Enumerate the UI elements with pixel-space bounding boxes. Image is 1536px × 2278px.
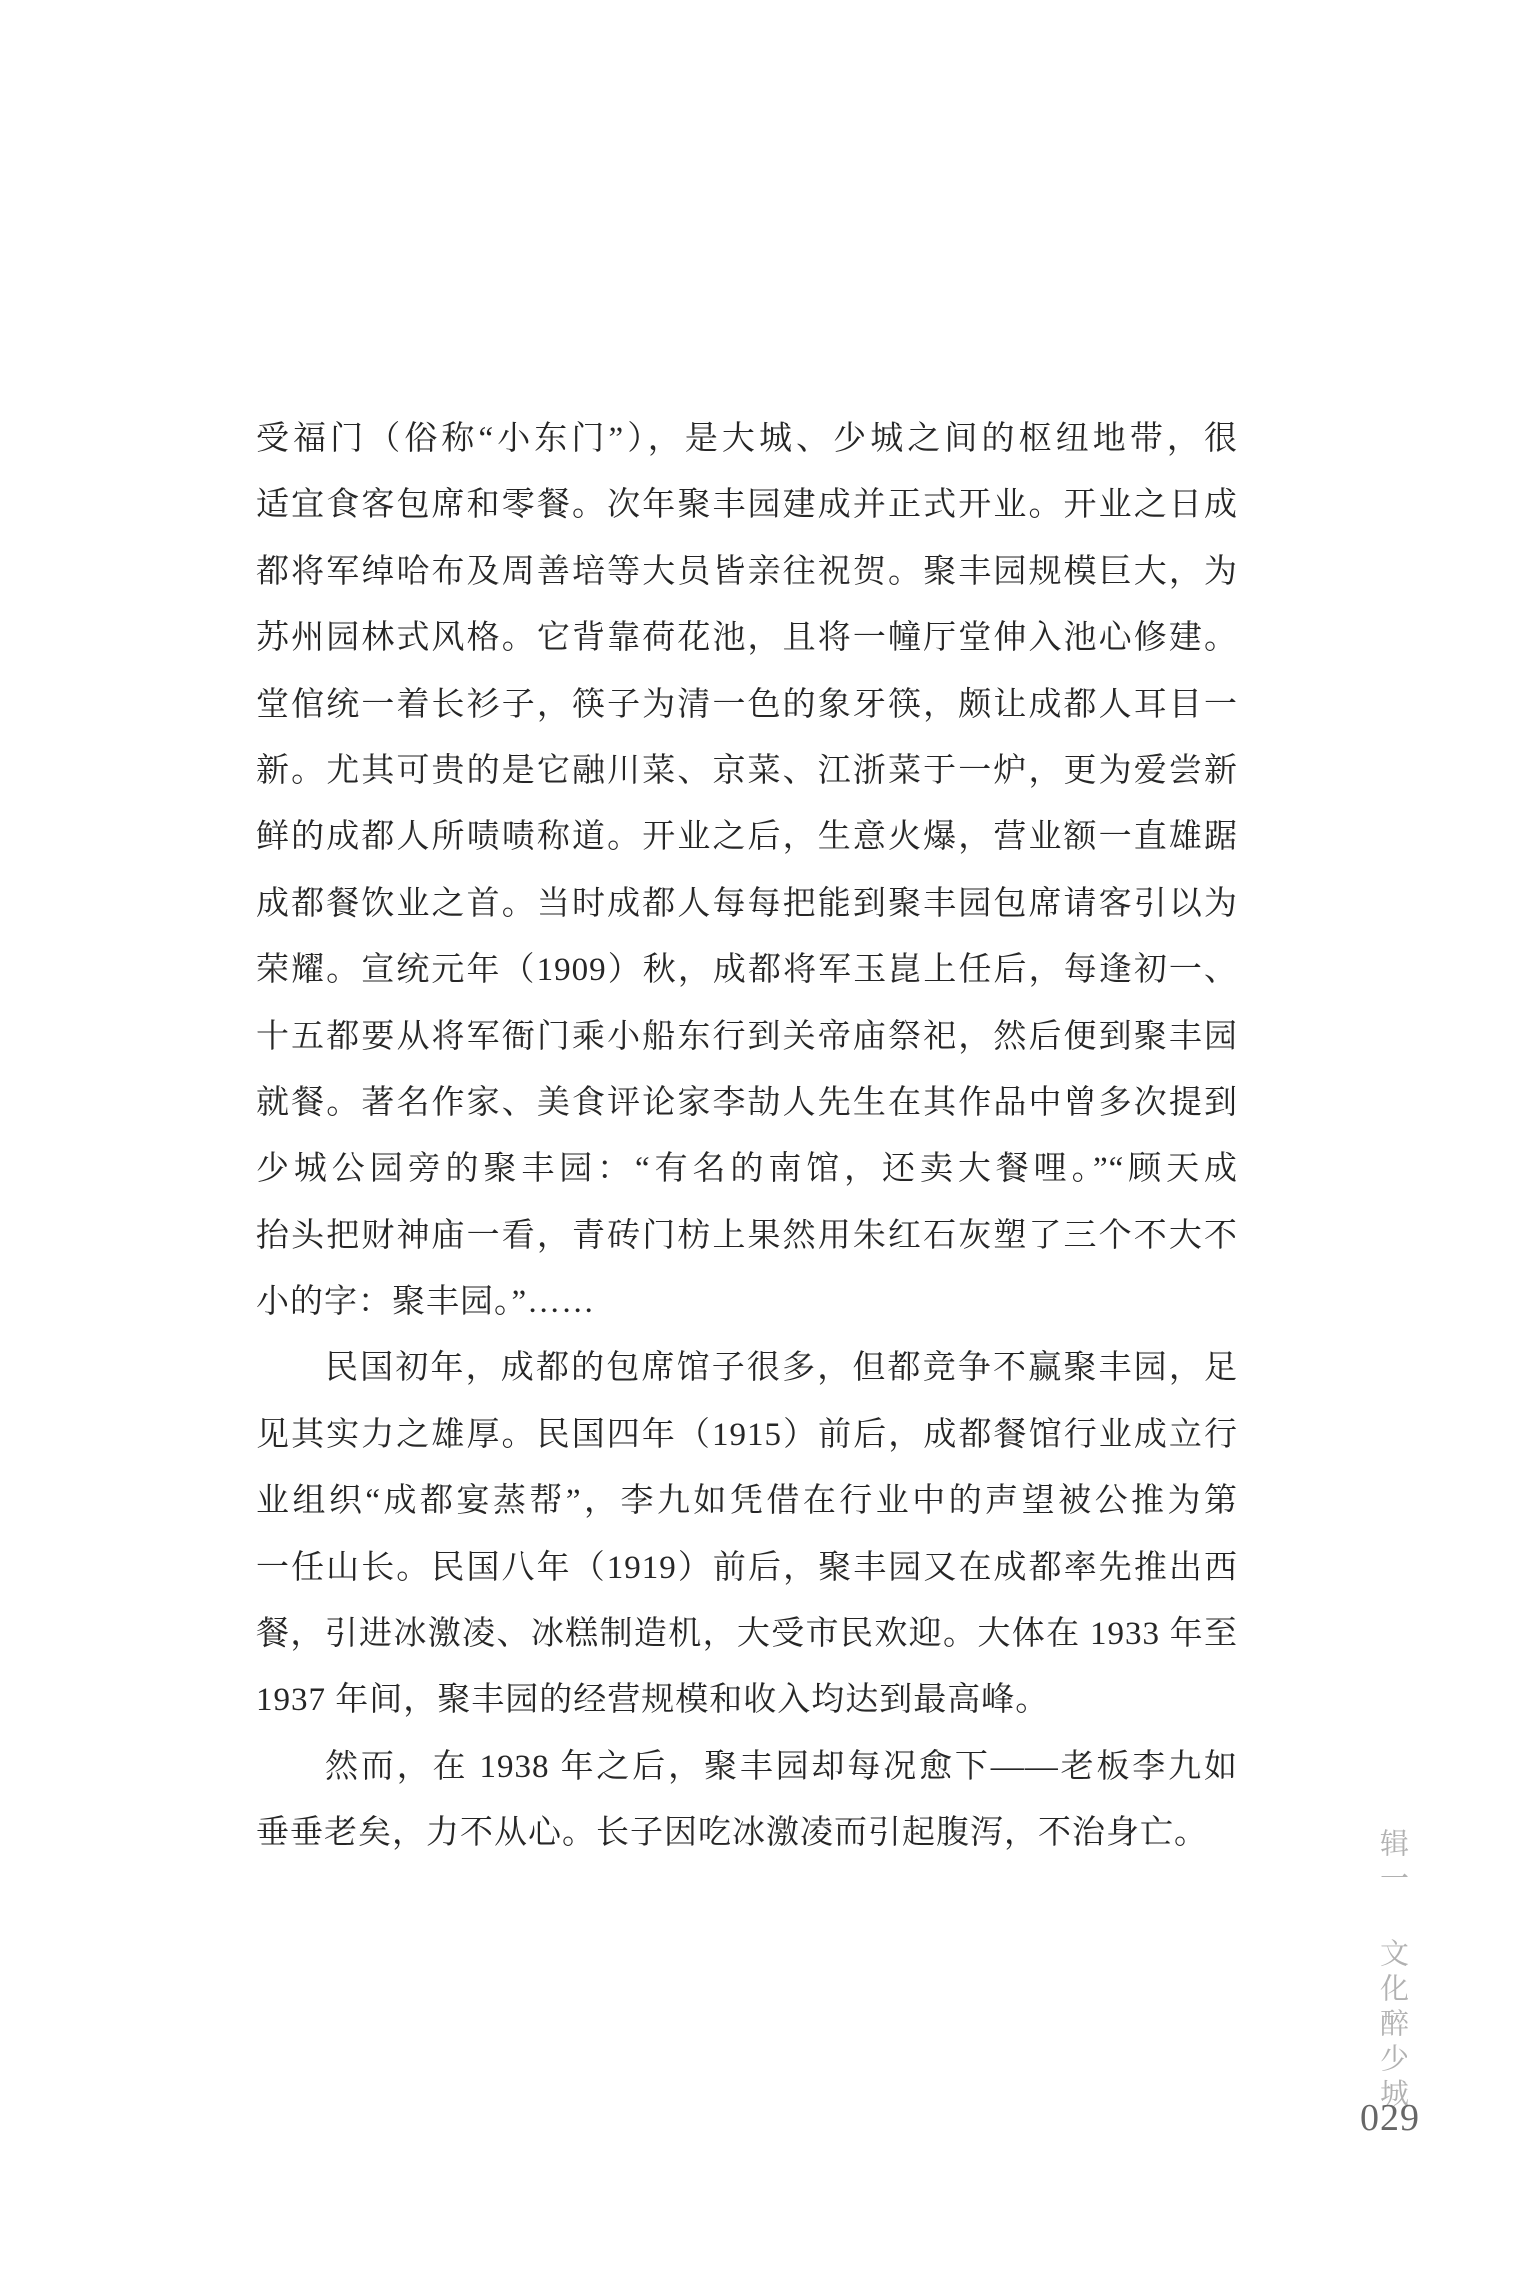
text-line: 见其实力之雄厚。民国四年（1915）前后，成都餐馆行业成立行 bbox=[256, 1402, 1238, 1468]
text-line: 适宜食客包席和零餐。次年聚丰园建成并正式开业。开业之日成 bbox=[256, 472, 1238, 538]
text-line: 垂垂老矣，力不从心。长子因吃冰激凌而引起腹泻，不治身亡。 bbox=[256, 1800, 1238, 1866]
text-line: 鲜的成都人所啧啧称道。开业之后，生意火爆，营业额一直雄踞 bbox=[256, 804, 1238, 870]
section-title: 文化醉少城 bbox=[1376, 1938, 1408, 2113]
text-line: 十五都要从将军衙门乘小船东行到关帝庙祭祀，然后便到聚丰园 bbox=[256, 1004, 1238, 1070]
text-line: 业组织“成都宴蒸帮”，李九如凭借在行业中的声望被公推为第 bbox=[256, 1468, 1238, 1534]
text-line: 少城公园旁的聚丰园：“有名的南馆，还卖大餐哩。”“顾天成 bbox=[256, 1136, 1238, 1202]
text-line: 就餐。著名作家、美食评论家李劼人先生在其作品中曾多次提到 bbox=[256, 1070, 1238, 1136]
text-line: 荣耀。宣统元年（1909）秋，成都将军玉崑上任后，每逢初一、 bbox=[256, 937, 1238, 1003]
text-line: 民国初年，成都的包席馆子很多，但都竞争不赢聚丰园，足 bbox=[256, 1335, 1238, 1401]
text-line: 小的字：聚丰园。”…… bbox=[256, 1269, 1238, 1335]
body-text: 受福门（俗称“小东门”），是大城、少城之间的枢纽地带，很适宜食客包席和零餐。次年… bbox=[256, 406, 1238, 1867]
text-line: 受福门（俗称“小东门”），是大城、少城之间的枢纽地带，很 bbox=[256, 406, 1238, 472]
book-page: 受福门（俗称“小东门”），是大城、少城之间的枢纽地带，很适宜食客包席和零餐。次年… bbox=[0, 0, 1536, 2278]
chapter-margin-label: 辑一 文化醉少城 bbox=[1372, 1828, 1413, 2128]
text-line: 抬头把财神庙一看，青砖门枋上果然用朱红石灰塑了三个不大不 bbox=[256, 1203, 1238, 1269]
text-line: 1937 年间，聚丰园的经营规模和收入均达到最高峰。 bbox=[256, 1667, 1238, 1733]
text-line: 新。尤其可贵的是它融川菜、京菜、江浙菜于一炉，更为爱尝新 bbox=[256, 738, 1238, 804]
page-number: 029 bbox=[1360, 2096, 1420, 2140]
text-line: 餐，引进冰激凌、冰糕制造机，大受市民欢迎。大体在 1933 年至 bbox=[256, 1601, 1238, 1667]
text-line: 成都餐饮业之首。当时成都人每每把能到聚丰园包席请客引以为 bbox=[256, 871, 1238, 937]
text-line: 苏州园林式风格。它背靠荷花池，且将一幢厅堂伸入池心修建。 bbox=[256, 605, 1238, 671]
volume-label: 辑一 bbox=[1376, 1828, 1408, 1898]
text-line: 都将军绰哈布及周善培等大员皆亲往祝贺。聚丰园规模巨大，为 bbox=[256, 539, 1238, 605]
text-line: 一任山长。民国八年（1919）前后，聚丰园又在成都率先推出西 bbox=[256, 1535, 1238, 1601]
text-line: 堂倌统一着长衫子，筷子为清一色的象牙筷，颇让成都人耳目一 bbox=[256, 672, 1238, 738]
text-line: 然而，在 1938 年之后，聚丰园却每况愈下——老板李九如 bbox=[256, 1734, 1238, 1800]
